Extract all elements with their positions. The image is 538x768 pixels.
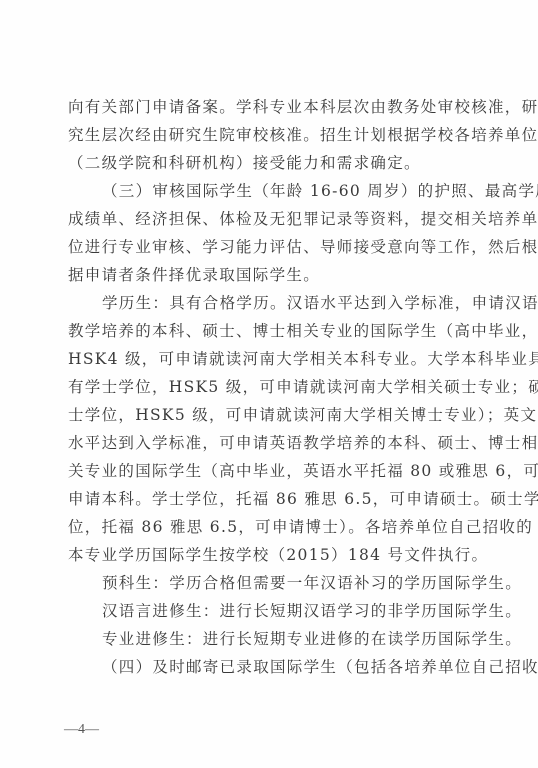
text-line-4: （三）审核国际学生（年龄 16-60 周岁）的护照、最高学历、 [68, 177, 478, 205]
text-line-20: 专业进修生：进行长短期专业进修的在读学历国际学生。 [68, 625, 478, 653]
text-line-21: （四）及时邮寄已录取国际学生（包括各培养单位自己招收 [68, 653, 478, 681]
text-line-15: 申请本科。学士学位，托福 86 雅思 6.5，可申请硕士。硕士学 [68, 485, 478, 513]
text-line-10: HSK4 级，可申请就读河南大学相关本科专业。大学本科毕业具 [68, 345, 478, 373]
text-line-8: 学历生：具有合格学历。汉语水平达到入学标准，申请汉语 [68, 289, 478, 317]
text-line-9: 教学培养的本科、硕士、博士相关专业的国际学生（高中毕业， [68, 317, 478, 345]
text-line-1: 向有关部门申请备案。学科专业本科层次由教务处审校核准，研 [68, 93, 478, 121]
text-line-17: 本专业学历国际学生按学校（2015）184 号文件执行。 [68, 541, 478, 569]
document-page: 向有关部门申请备案。学科专业本科层次由教务处审校核准，研 究生层次经由研究生院审… [0, 0, 538, 768]
text-line-3: （二级学院和科研机构）接受能力和需求确定。 [68, 149, 478, 177]
page-number: —4— [64, 722, 99, 738]
body-text: 向有关部门申请备案。学科专业本科层次由教务处审校核准，研 究生层次经由研究生院审… [68, 93, 478, 681]
text-line-11: 有学士学位，HSK5 级，可申请就读河南大学相关硕士专业；硕 [68, 373, 478, 401]
text-line-16: 位，托福 86 雅思 6.5，可申请博士）。各培养单位自己招收的 [68, 513, 478, 541]
text-line-7: 据申请者条件择优录取国际学生。 [68, 261, 478, 289]
text-line-12: 士学位，HSK5 级，可申请就读河南大学相关博士专业）；英文 [68, 401, 478, 429]
text-line-6: 位进行专业审核、学习能力评估、导师接受意向等工作，然后根 [68, 233, 478, 261]
text-line-14: 关专业的国际学生（高中毕业，英语水平托福 80 或雅思 6，可 [68, 457, 478, 485]
text-line-13: 水平达到入学标准，可申请英语教学培养的本科、硕士、博士相 [68, 429, 478, 457]
text-line-19: 汉语言进修生：进行长短期汉语学习的非学历国际学生。 [68, 597, 478, 625]
text-line-5: 成绩单、经济担保、体检及无犯罪记录等资料，提交相关培养单 [68, 205, 478, 233]
text-line-2: 究生层次经由研究生院审校核准。招生计划根据学校各培养单位 [68, 121, 478, 149]
text-line-18: 预科生：学历合格但需要一年汉语补习的学历国际学生。 [68, 569, 478, 597]
